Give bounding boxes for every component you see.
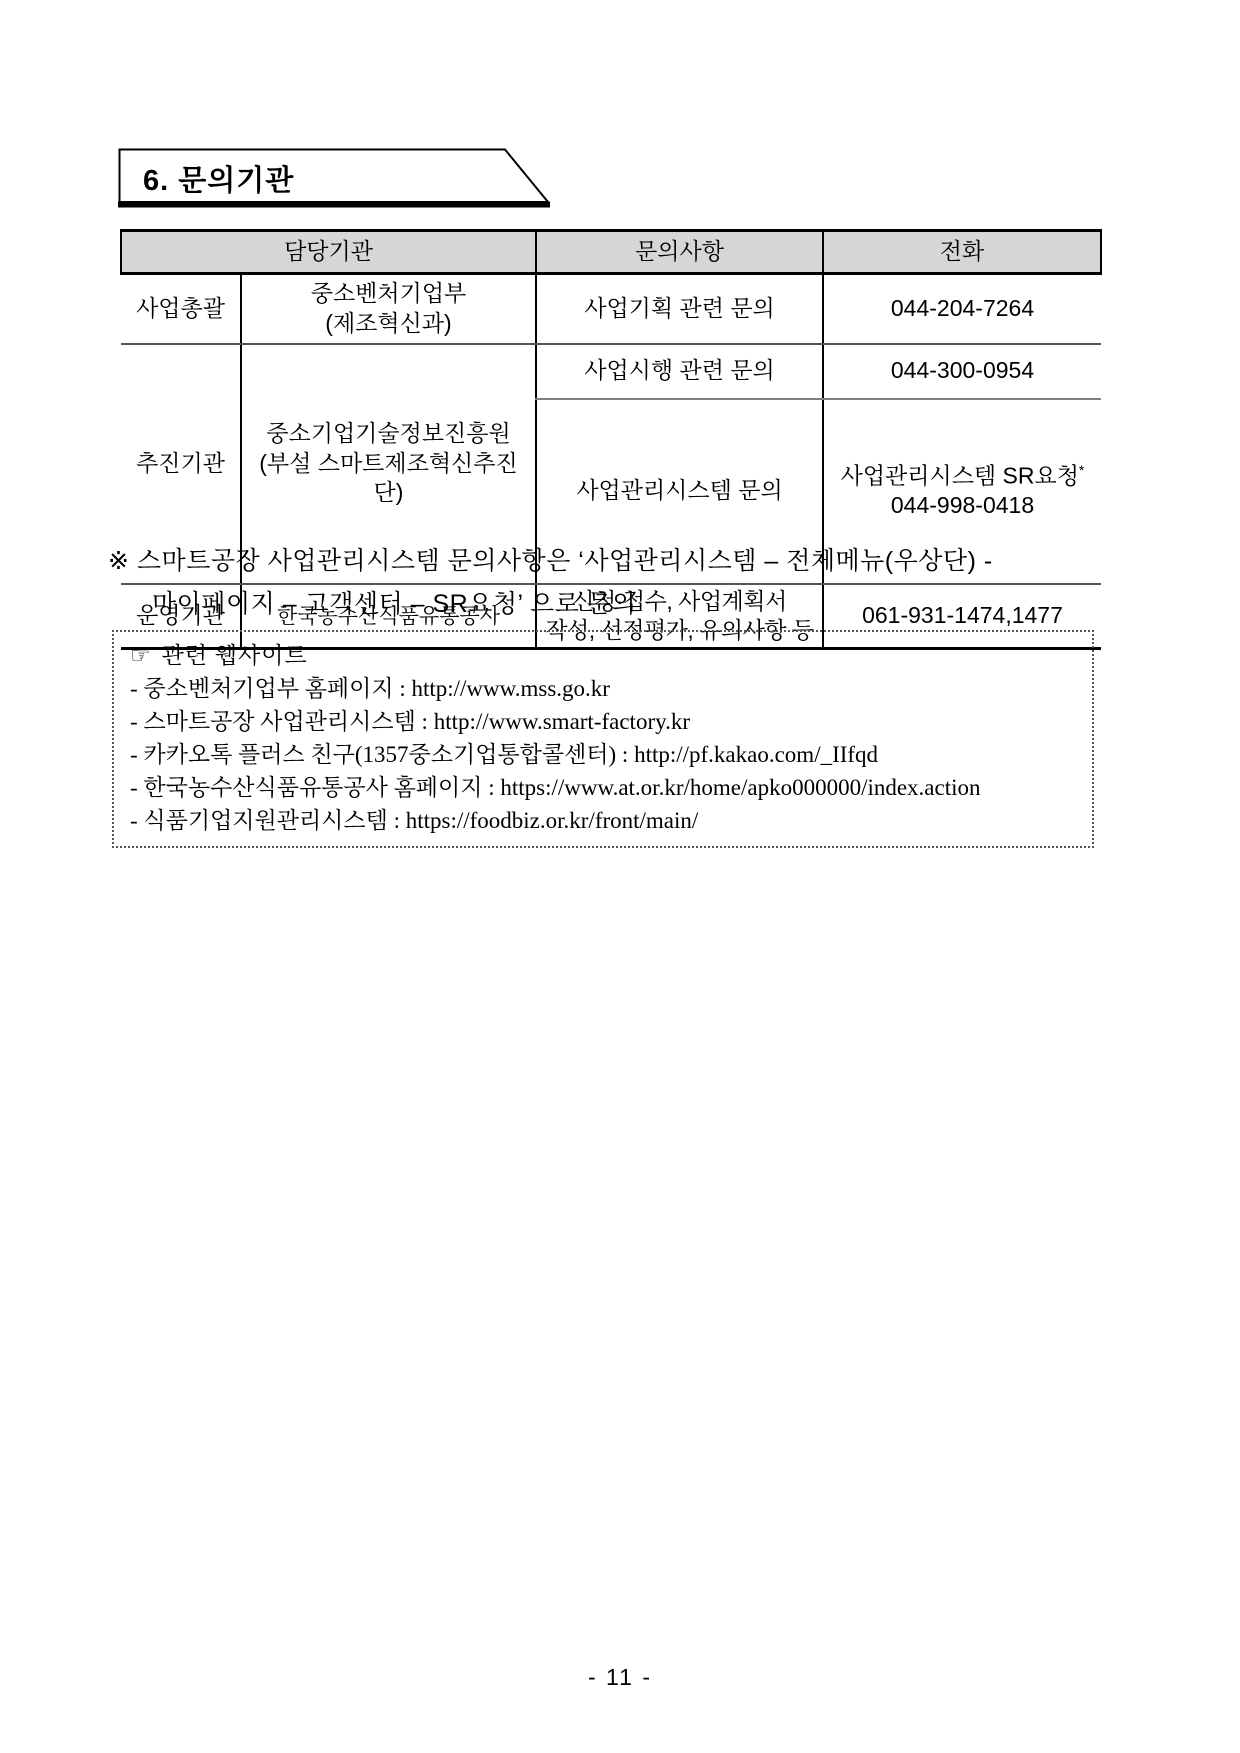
document-page: 6. 문의기관 담당기관 문의사항 전화 사업총괄 중소벤처기업부 (제조혁신과… <box>0 0 1240 1753</box>
footnote-line-2: 마이페이지 – 고객센터 – SR요청’ 으로 문의 <box>108 583 1118 626</box>
role-cell-overall: 사업총괄 <box>121 274 241 344</box>
sr-request-phone: 044-998-0418 <box>828 491 1097 521</box>
table-row-promotion-1: 추진기관 중소기업기술정보진흥원 (부설 스마트제조혁신추진단) 사업시행 관련… <box>121 344 1101 399</box>
asterisk-superscript: * <box>1079 462 1084 478</box>
table-row-overall: 사업총괄 중소벤처기업부 (제조혁신과) 사업기획 관련 문의 044-204-… <box>121 274 1101 344</box>
section-title: 6. 문의기관 <box>143 158 294 199</box>
table-header-row: 담당기관 문의사항 전화 <box>121 231 1101 274</box>
section-title-box: 6. 문의기관 <box>118 148 554 210</box>
footnote: ※ 스마트공장 사업관리시스템 문의사항은 ‘사업관리시스템 – 전체메뉴(우상… <box>108 540 1118 626</box>
website-item: - 스마트공장 사업관리시스템 : http://www.smart-facto… <box>130 705 1076 738</box>
pointing-hand-icon: ☞ <box>130 643 152 668</box>
column-header-inquiry: 문의사항 <box>536 231 823 274</box>
bullet: - <box>130 775 138 800</box>
reference-mark-icon: ※ <box>108 547 129 575</box>
websites-heading: ☞관련 웹사이트 <box>130 639 1076 672</box>
website-item: - 한국농수산식품유통공사 홈페이지 : https://www.at.or.k… <box>130 771 1076 804</box>
related-websites-box: ☞관련 웹사이트 - 중소벤처기업부 홈페이지 : http://www.mss… <box>112 630 1094 848</box>
sr-request-label: 사업관리시스템 SR요청 <box>841 462 1079 488</box>
website-url: https://www.at.or.kr/home/apko000000/ind… <box>500 775 980 800</box>
inquiry-cell-execution: 사업시행 관련 문의 <box>536 344 823 399</box>
website-label: 식품기업지원관리시스템 <box>143 808 387 833</box>
bullet: - <box>130 709 138 734</box>
website-url: http://www.mss.go.kr <box>411 676 610 701</box>
websites-list: - 중소벤처기업부 홈페이지 : http://www.mss.go.kr - … <box>130 672 1076 837</box>
inquiry-cell-overall: 사업기획 관련 문의 <box>536 274 823 344</box>
website-item: - 중소벤처기업부 홈페이지 : http://www.mss.go.kr <box>130 672 1076 705</box>
website-url: https://foodbiz.or.kr/front/main/ <box>406 808 699 833</box>
column-header-phone: 전화 <box>823 231 1101 274</box>
bullet: - <box>130 676 138 701</box>
footnote-line-1: ※ 스마트공장 사업관리시스템 문의사항은 ‘사업관리시스템 – 전체메뉴(우상… <box>108 540 1118 583</box>
website-url: http://pf.kakao.com/_IIfqd <box>634 742 878 767</box>
website-label: 카카오톡 플러스 친구(1357중소기업통합콜센터) <box>143 742 616 767</box>
website-label: 스마트공장 사업관리시스템 <box>143 709 415 734</box>
websites-heading-label: 관련 웹사이트 <box>162 643 308 668</box>
website-item: - 식품기업지원관리시스템 : https://foodbiz.or.kr/fr… <box>130 804 1076 837</box>
column-header-organization: 담당기관 <box>121 231 536 274</box>
website-url: http://www.smart-factory.kr <box>434 709 690 734</box>
website-item: - 카카오톡 플러스 친구(1357중소기업통합콜센터) : http://pf… <box>130 738 1076 771</box>
phone-cell-overall: 044-204-7264 <box>823 274 1101 344</box>
bullet: - <box>130 742 138 767</box>
phone-cell-execution: 044-300-0954 <box>823 344 1101 399</box>
website-label: 한국농수산식품유통공사 홈페이지 <box>143 775 482 800</box>
page-number: - 11 - <box>0 1664 1240 1691</box>
org-cell-overall: 중소벤처기업부 (제조혁신과) <box>241 274 536 344</box>
website-label: 중소벤처기업부 홈페이지 <box>143 676 393 701</box>
bullet: - <box>130 808 138 833</box>
